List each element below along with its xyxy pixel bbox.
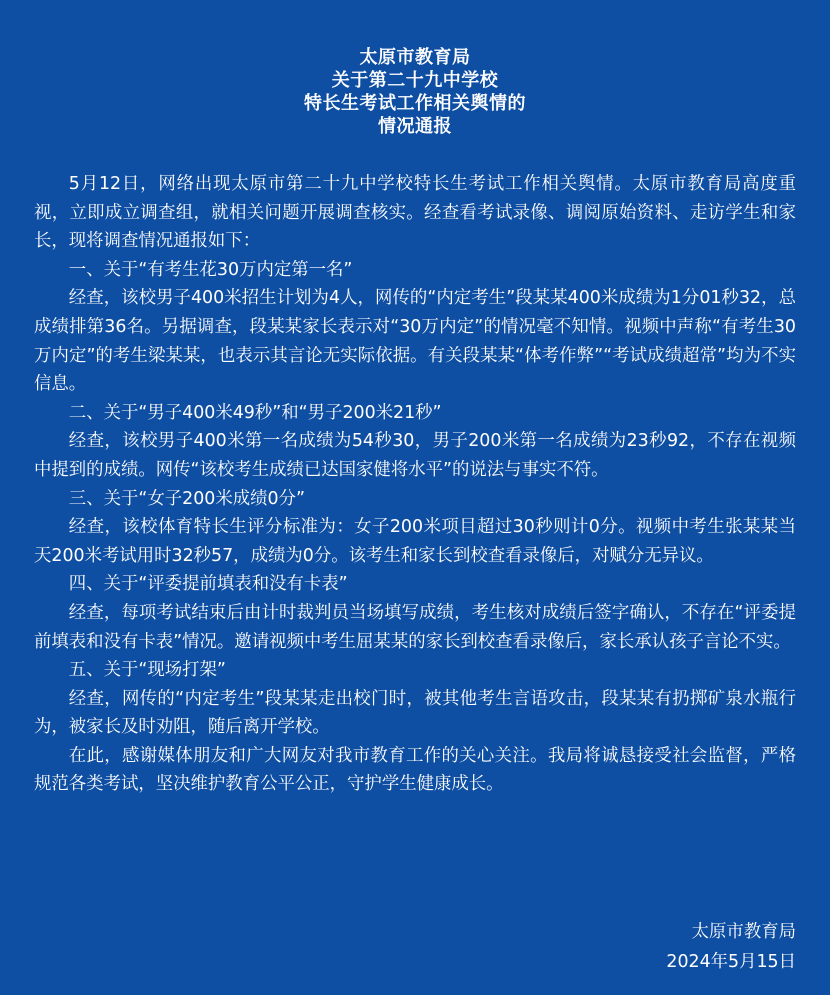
title-line-type: 情况通报: [0, 115, 830, 138]
section-body-1: 经查，该校男子400米招生计划为4人，网传的“内定考生”段某某400米成绩为1分…: [34, 284, 796, 398]
section-body-4: 经查，每项考试结束后由计时裁判员当场填写成绩，考生核对成绩后签字确认，不存在“评…: [34, 599, 796, 656]
signature-block: 太原市教育局 2024年5月15日: [666, 917, 796, 977]
title-line-subject: 关于第二十九中学校: [0, 69, 830, 92]
section-body-2: 经查，该校男子400米第一名成绩为54秒30，男子200米第一名成绩为23秒92…: [34, 427, 796, 484]
section-body-5: 经查，网传的“内定考生”段某某走出校门时，被其他考生言语攻击，段某某有扔掷矿泉水…: [34, 685, 796, 742]
section-heading-2: 二、关于“男子400米49秒”和“男子200米21秒”: [34, 399, 796, 428]
signature-date: 2024年5月15日: [666, 947, 796, 977]
section-heading-3: 三、关于“女子200米成绩0分”: [34, 485, 796, 514]
section-heading-1: 一、关于“有考生花30万内定第一名”: [34, 256, 796, 285]
section-heading-5: 五、关于“现场打架”: [34, 656, 796, 685]
intro-paragraph: 5月12日，网络出现太原市第二十九中学校特长生考试工作相关舆情。太原市教育局高度…: [34, 170, 796, 256]
closing-paragraph: 在此，感谢媒体朋友和广大网友对我市教育工作的关心关注。我局将诚恳接受社会监督，严…: [34, 742, 796, 799]
title-line-issuer: 太原市教育局: [0, 46, 830, 69]
title-line-topic: 特长生考试工作相关舆情的: [0, 92, 830, 115]
notice-page: 太原市教育局 关于第二十九中学校 特长生考试工作相关舆情的 情况通报 5月12日…: [0, 0, 830, 995]
notice-body: 5月12日，网络出现太原市第二十九中学校特长生考试工作相关舆情。太原市教育局高度…: [34, 170, 796, 799]
notice-title: 太原市教育局 关于第二十九中学校 特长生考试工作相关舆情的 情况通报: [0, 46, 830, 138]
section-heading-4: 四、关于“评委提前填表和没有卡表”: [34, 570, 796, 599]
section-body-3: 经查，该校体育特长生评分标准为：女子200米项目超过30秒则计0分。视频中考生张…: [34, 513, 796, 570]
signature-issuer: 太原市教育局: [666, 917, 796, 947]
